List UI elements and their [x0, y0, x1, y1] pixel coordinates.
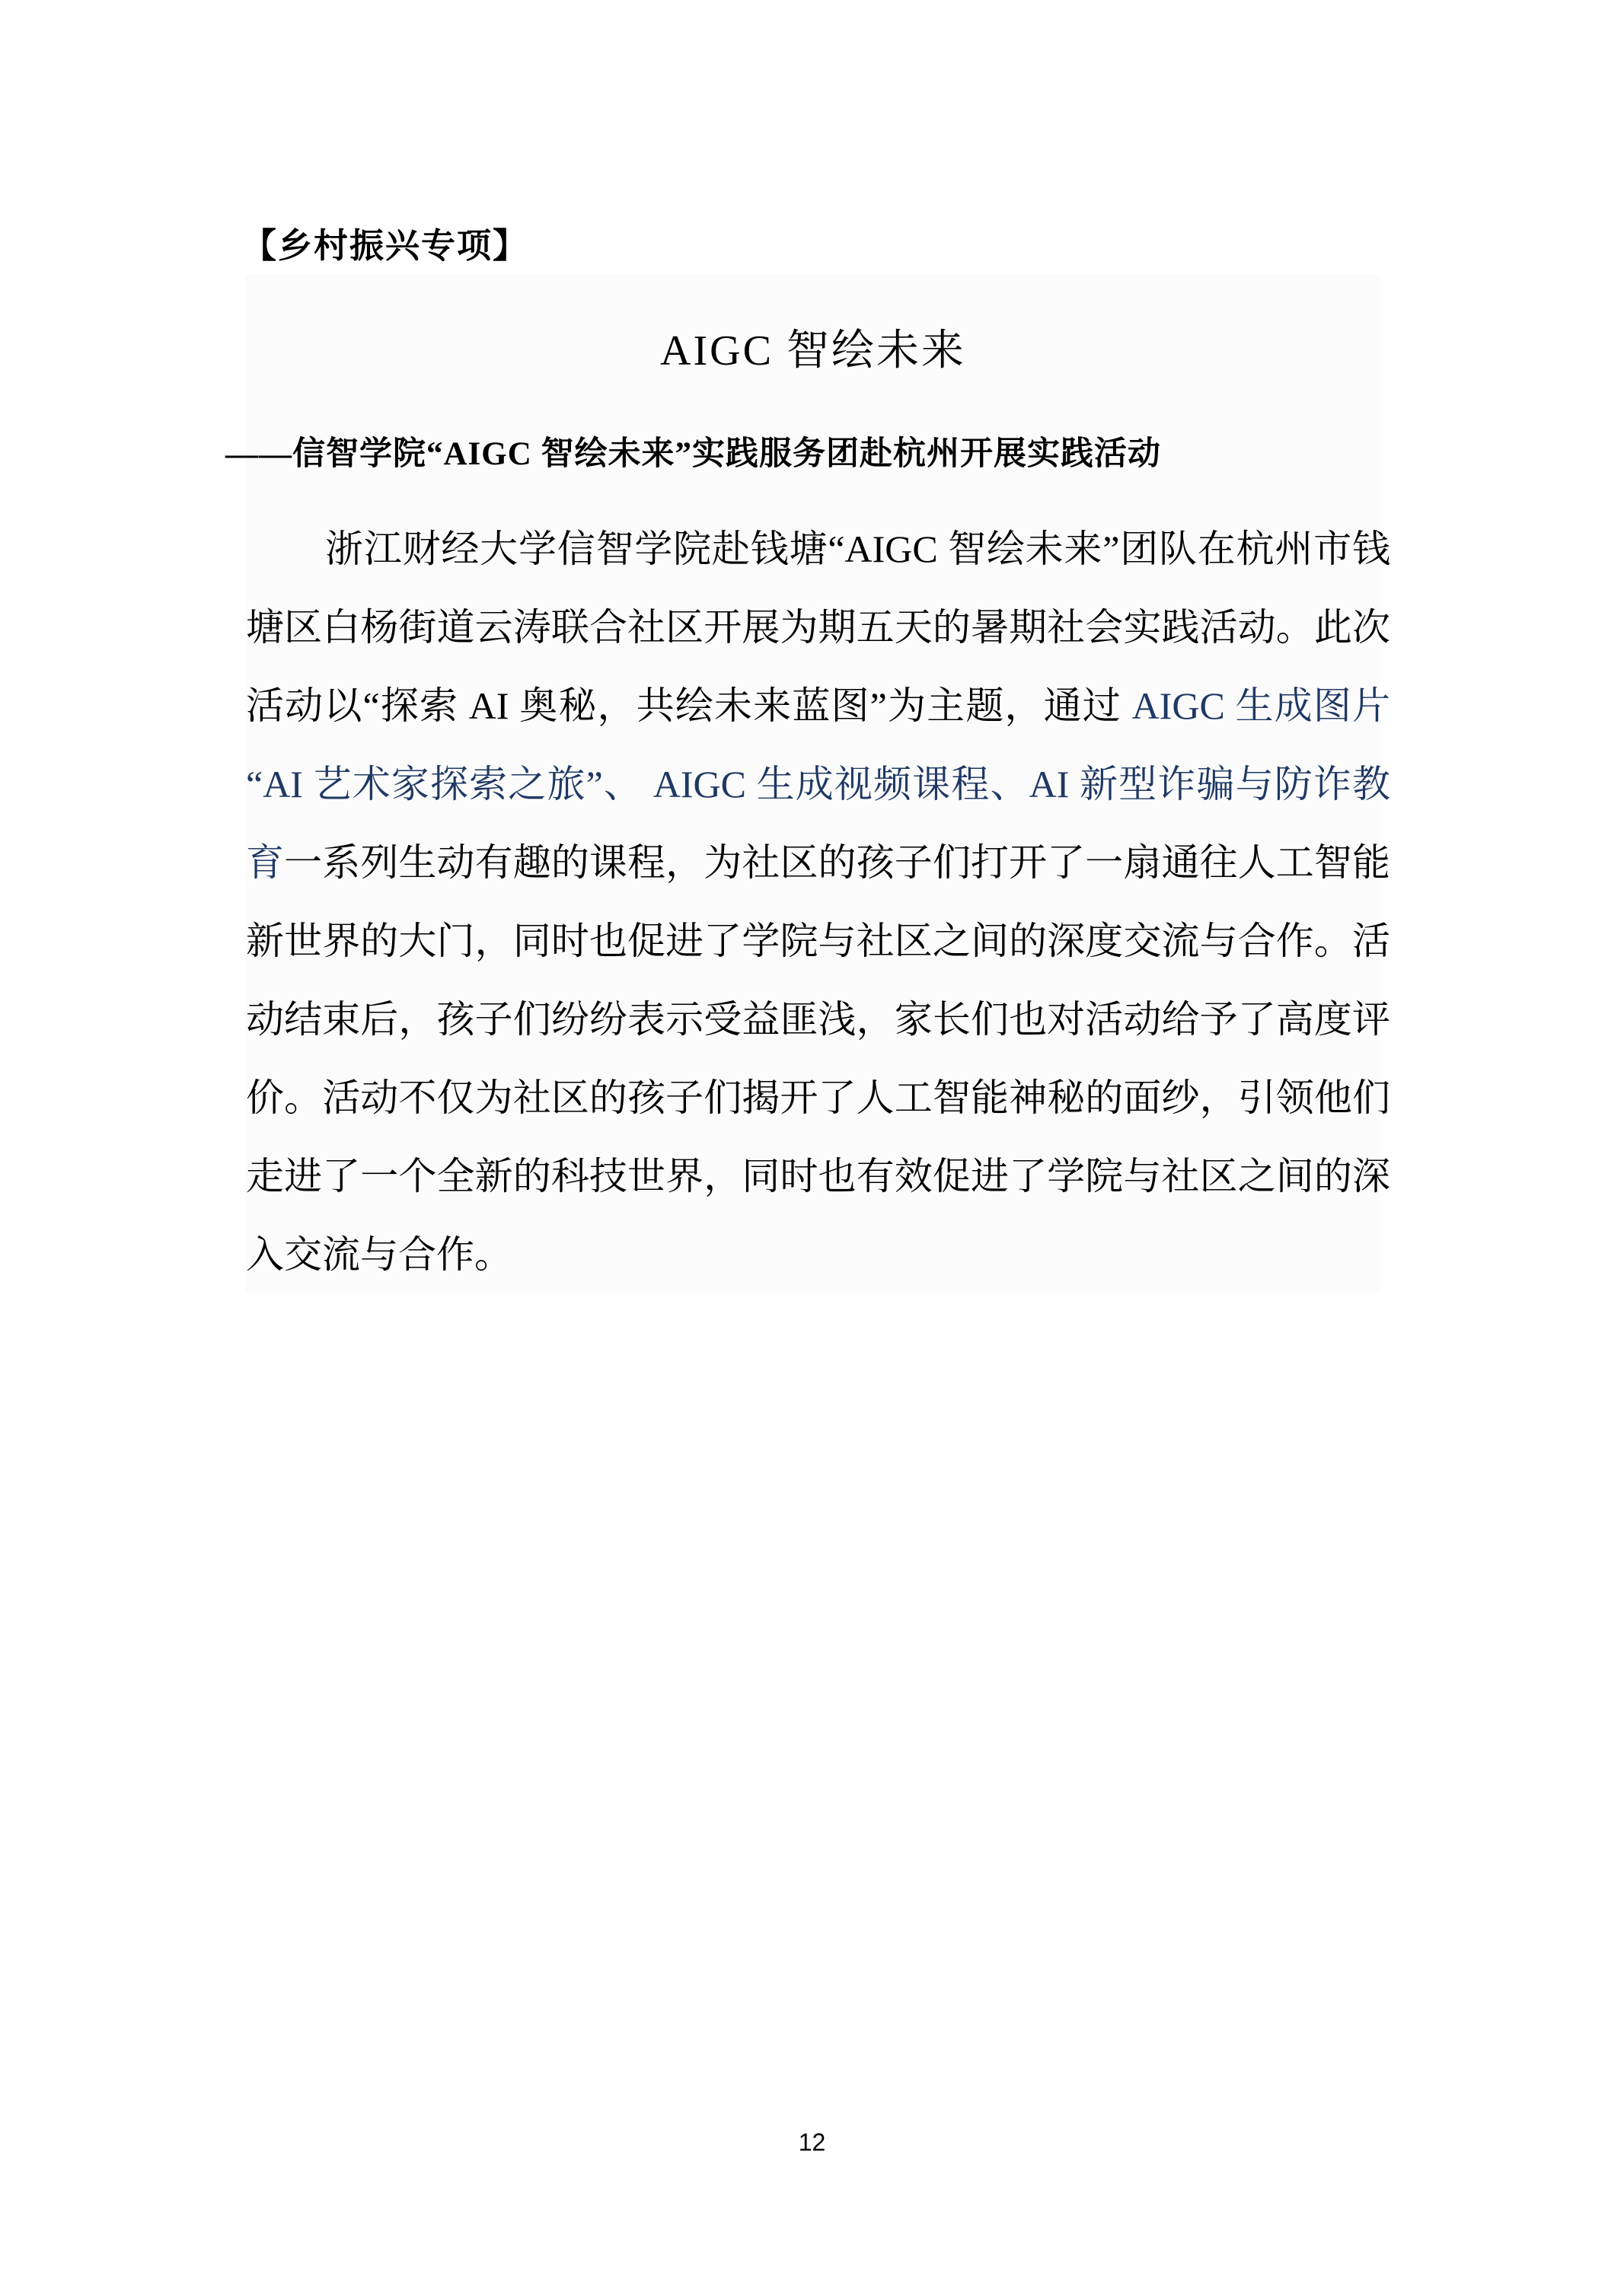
body-text-segment-blue: AIGC 生成图片: [1132, 684, 1390, 727]
body-line-7: 动结束后，孩子们纷纷表示受益匪浅，家长们也对活动给予了高度评: [246, 981, 1390, 1059]
body-text-segment: 走进了一个全新的科技世界，同时也有效促进了学院与社区之间的深: [246, 1155, 1390, 1197]
body-text-segment: 动结束后，孩子们纷纷表示受益匪浅，家长们也对活动给予了高度评: [246, 998, 1390, 1041]
body-text-segment: 活动以“探索 AI 奥秘，共绘未来蓝图”为主题，通过: [246, 684, 1132, 727]
body-text-segment: 浙江财经大学信智学院赴钱塘“AIGC 智绘未来”团队在杭州市钱: [325, 528, 1390, 570]
section-tag: 【乡村振兴专项】: [242, 218, 528, 267]
body-text-segment-blue: “AI 艺术家探索之旅”、 AIGC 生成视频课程、AI 新型诈骗与防诈教: [246, 763, 1390, 805]
body-line-5: 育一系列生动有趣的课程，为社区的孩子们打开了一扇通往人工智能: [246, 824, 1390, 902]
body-text-segment: 塘区白杨街道云涛联合社区开展为期五天的暑期社会实践活动。此次: [246, 606, 1390, 649]
page-number: 12: [0, 2129, 1624, 2157]
body-line-2: 塘区白杨街道云涛联合社区开展为期五天的暑期社会实践活动。此次: [246, 588, 1390, 667]
body-line-8: 价。活动不仅为社区的孩子们揭开了人工智能神秘的面纱，引领他们: [246, 1059, 1390, 1137]
body-text-segment: 价。活动不仅为社区的孩子们揭开了人工智能神秘的面纱，引领他们: [246, 1076, 1390, 1119]
body-line-10: 入交流与合作。: [246, 1216, 1390, 1294]
body-text-segment: 入交流与合作。: [246, 1233, 512, 1276]
article-body: 浙江财经大学信智学院赴钱塘“AIGC 智绘未来”团队在杭州市钱 塘区白杨街道云涛…: [246, 510, 1390, 1294]
body-line-4: “AI 艺术家探索之旅”、 AIGC 生成视频课程、AI 新型诈骗与防诈教: [246, 745, 1390, 824]
body-line-6: 新世界的大门，同时也促进了学院与社区之间的深度交流与合作。活: [246, 902, 1390, 981]
body-text-segment-blue: 育: [246, 841, 284, 884]
article-title: AIGC 智绘未来: [245, 317, 1381, 378]
body-line-1: 浙江财经大学信智学院赴钱塘“AIGC 智绘未来”团队在杭州市钱: [246, 510, 1390, 588]
body-line-9: 走进了一个全新的科技世界，同时也有效促进了学院与社区之间的深: [246, 1137, 1390, 1216]
article-subtitle: ——信智学院“AIGC 智绘未来”实践服务团赴杭州开展实践活动: [225, 428, 1390, 474]
body-text-segment: 一系列生动有趣的课程，为社区的孩子们打开了一扇通往人工智能: [284, 841, 1390, 884]
body-text-segment: 新世界的大门，同时也促进了学院与社区之间的深度交流与合作。活: [246, 920, 1390, 962]
body-line-3: 活动以“探索 AI 奥秘，共绘未来蓝图”为主题，通过 AIGC 生成图片: [246, 667, 1390, 745]
